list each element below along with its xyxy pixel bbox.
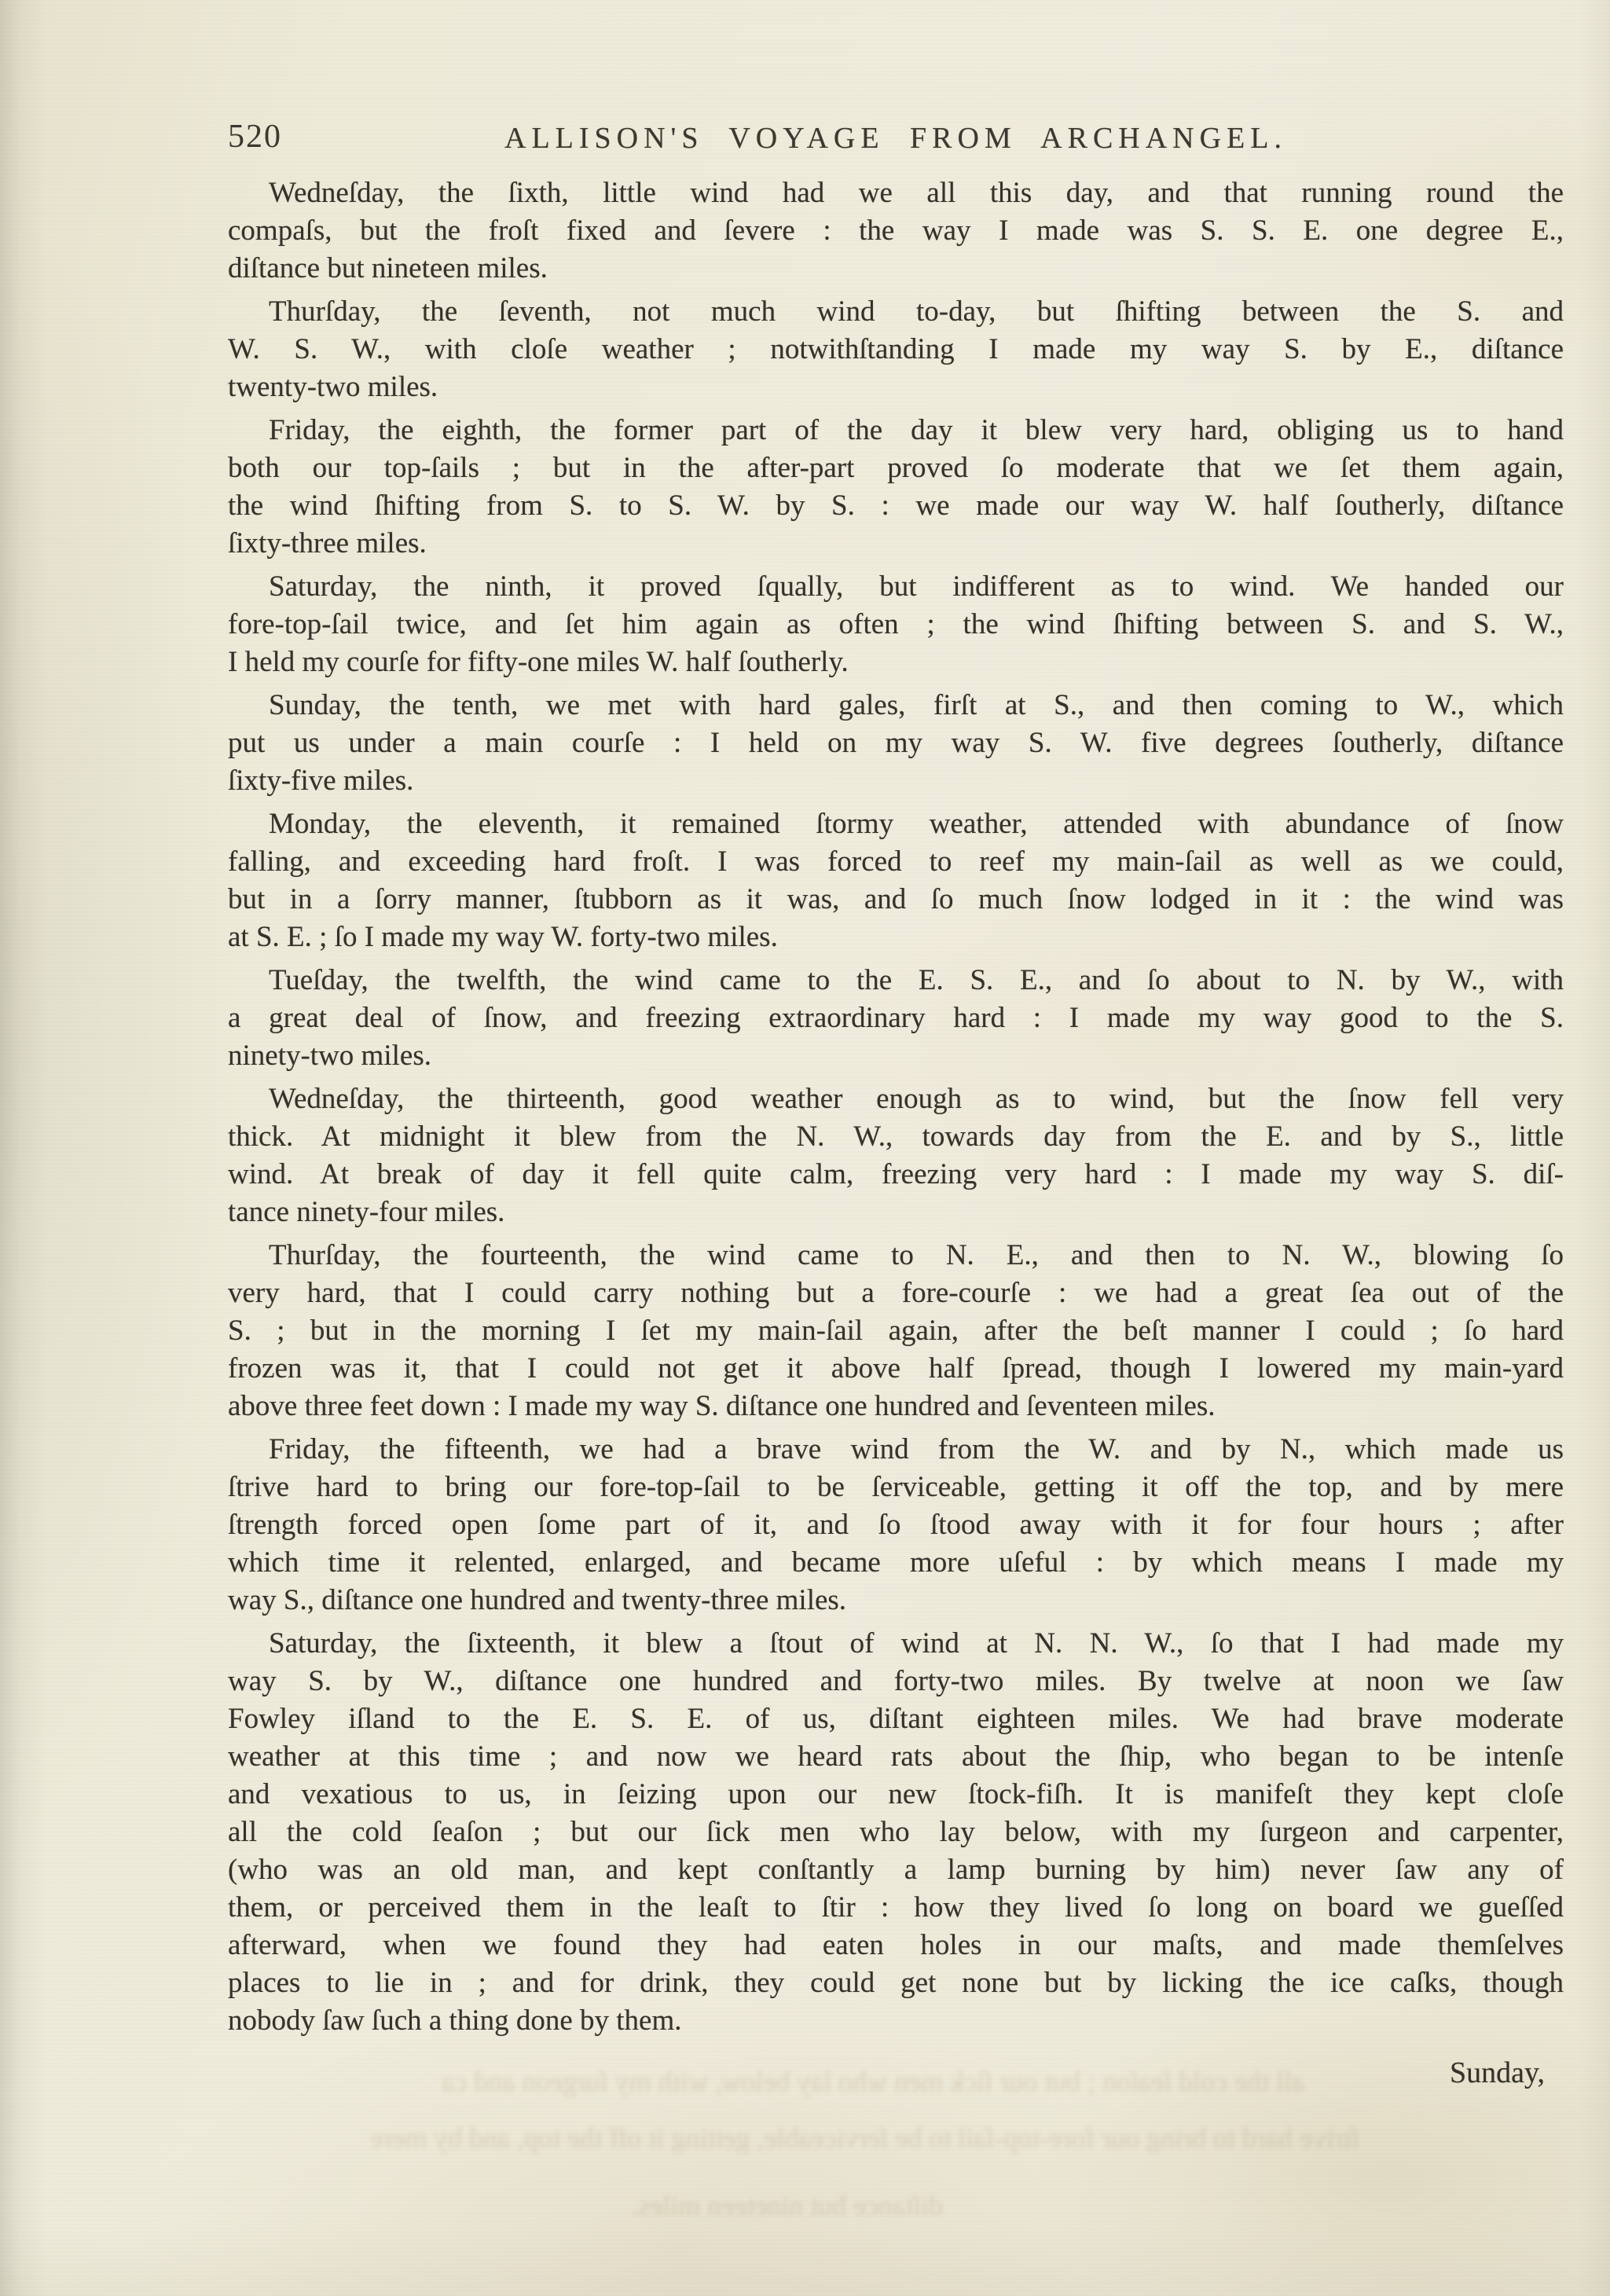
text-line: W. S. W., with cloſe weather ; notwithſt… [228, 331, 1564, 369]
text-line: S. ; but in the morning I ſet my main-ſa… [228, 1312, 1564, 1350]
text-line: diſtance but nineteen miles. [228, 250, 1564, 288]
text-line: but in a ſorry manner, ſtubborn as it wa… [228, 881, 1564, 919]
text-line: Saturday, the ninth, it proved ſqually, … [228, 568, 1564, 606]
text-line: Saturday, the ſixteenth, it blew a ſtout… [228, 1625, 1564, 1663]
text-line: weather at this time ; and now we heard … [228, 1738, 1564, 1776]
text-line: way S., diſtance one hundred and twenty-… [228, 1582, 1564, 1619]
paragraph: Wedneſday, the thirteenth, good weather … [228, 1080, 1564, 1231]
paragraph: Friday, the fifteenth, we had a brave wi… [228, 1431, 1564, 1619]
text-line: fore-top-ſail twice, and ſet him again a… [228, 606, 1564, 644]
catchword: Sunday, [228, 2056, 1545, 2090]
text-line: Fowley iſland to the E. S. E. of us, diſ… [228, 1700, 1564, 1738]
text-line: compaſs, but the froſt fixed and ſevere … [228, 212, 1564, 250]
text-line: Thurſday, the ſeventh, not much wind to-… [228, 293, 1564, 331]
text-line: places to lie in ; and for drink, they c… [228, 1964, 1564, 2002]
text-line: thick. At midnight it blew from the N. W… [228, 1118, 1564, 1156]
text-line: Wedneſday, the ſixth, little wind had we… [228, 174, 1564, 212]
text-line: ſixty-five miles. [228, 762, 1564, 800]
running-head: 520 ALLISON'S VOYAGE FROM ARCHANGEL. [228, 118, 1564, 165]
text-line: them, or perceived them in the leaſt to … [228, 1889, 1564, 1927]
paragraph: Saturday, the ſixteenth, it blew a ſtout… [228, 1625, 1564, 2040]
paragraph: Sunday, the tenth, we met with hard gale… [228, 687, 1564, 800]
bleed-through-ghost-text: diſtance but nineteen miles. [236, 2189, 943, 2222]
text-line: nobody ſaw ſuch a thing done by them. [228, 2002, 1564, 2040]
paragraph: Thurſday, the ſeventh, not much wind to-… [228, 293, 1564, 406]
text-line: put us under a main courſe : I held on m… [228, 724, 1564, 762]
paragraph: Monday, the eleventh, it remained ſtormy… [228, 805, 1564, 956]
text-line: afterward, when we found they had eaten … [228, 1927, 1564, 1964]
text-line: all the cold ſeaſon ; but our ſick men w… [228, 1814, 1564, 1851]
text-line: way S. by W., diſtance one hundred and f… [228, 1663, 1564, 1700]
text-line: twenty-two miles. [228, 369, 1564, 406]
text-line: ninety-two miles. [228, 1037, 1564, 1075]
text-line: falling, and exceeding hard froſt. I was… [228, 843, 1564, 881]
text-line: the wind ſhifting from S. to S. W. by S.… [228, 487, 1564, 525]
text-line: at S. E. ; ſo I made my way W. forty-two… [228, 919, 1564, 956]
text-line: Friday, the fifteenth, we had a brave wi… [228, 1431, 1564, 1469]
page-body: Wedneſday, the ſixth, little wind had we… [228, 174, 1564, 2045]
text-line: Sunday, the tenth, we met with hard gale… [228, 687, 1564, 724]
paragraph: Wedneſday, the ſixth, little wind had we… [228, 174, 1564, 288]
text-line: ſtrive hard to bring our fore-top-ſail t… [228, 1469, 1564, 1506]
text-line: wind. At break of day it fell quite calm… [228, 1156, 1564, 1194]
text-line: ſtrength forced open ſome part of it, an… [228, 1506, 1564, 1544]
text-line: a great deal of ſnow, and freezing extra… [228, 999, 1564, 1037]
text-line: tance ninety-four miles. [228, 1194, 1564, 1231]
text-line: (who was an old man, and kept conſtantly… [228, 1851, 1564, 1889]
text-line: Friday, the eighth, the former part of t… [228, 412, 1564, 449]
text-line: frozen was it, that I could not get it a… [228, 1350, 1564, 1388]
paragraph: Friday, the eighth, the former part of t… [228, 412, 1564, 563]
text-line: both our top-ſails ; but in the after-pa… [228, 449, 1564, 487]
text-line: above three feet down : I made my way S.… [228, 1388, 1564, 1425]
paragraph: Tueſday, the twelfth, the wind came to t… [228, 962, 1564, 1075]
paragraph: Saturday, the ninth, it proved ſqually, … [228, 568, 1564, 681]
text-line: which time it relented, enlarged, and be… [228, 1544, 1564, 1582]
paragraph: Thurſday, the fourteenth, the wind came … [228, 1237, 1564, 1425]
text-line: very hard, that I could carry nothing bu… [228, 1275, 1564, 1312]
text-line: Tueſday, the twelfth, the wind came to t… [228, 962, 1564, 999]
text-line: Thurſday, the fourteenth, the wind came … [228, 1237, 1564, 1275]
text-line: Monday, the eleventh, it remained ſtormy… [228, 805, 1564, 843]
book-page: 520 ALLISON'S VOYAGE FROM ARCHANGEL. Wed… [0, 0, 1610, 2296]
text-line: Wedneſday, the thirteenth, good weather … [228, 1080, 1564, 1118]
text-line: I held my courſe for fifty-one miles W. … [228, 644, 1564, 681]
text-line: and vexatious to us, in ſeizing upon our… [228, 1776, 1564, 1814]
running-title: ALLISON'S VOYAGE FROM ARCHANGEL. [228, 121, 1564, 156]
bleed-through-ghost-text: ſtrive hard to bring our fore-top-ſail t… [338, 2122, 1359, 2155]
text-line: ſixty-three miles. [228, 525, 1564, 563]
